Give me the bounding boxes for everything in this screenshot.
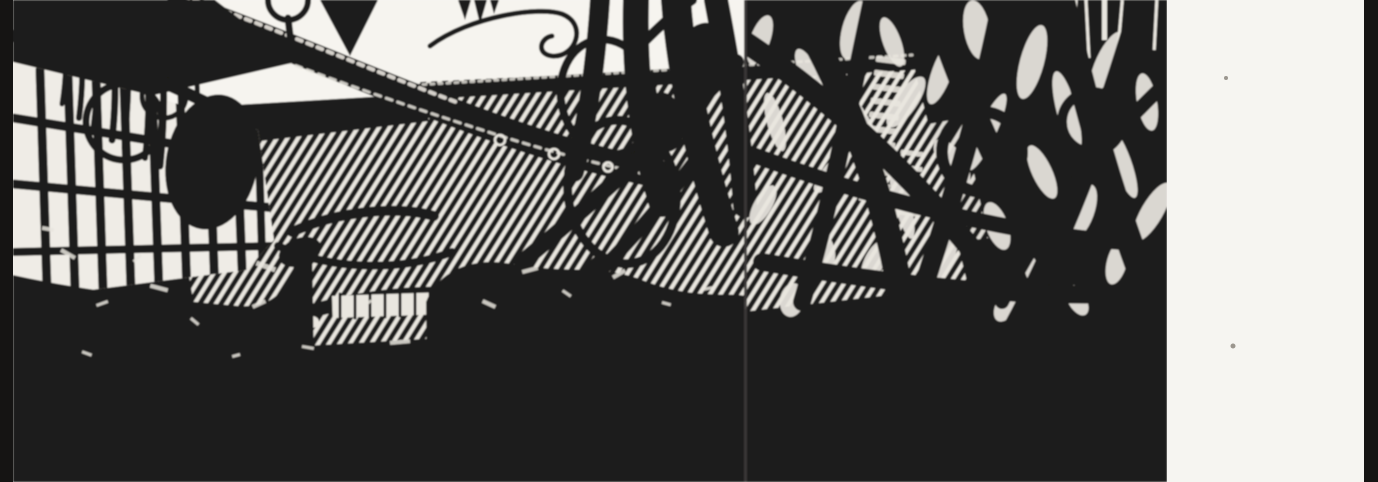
page-edge-bar	[1364, 0, 1378, 482]
manga-page: Black-and-white manga panel: tiled templ…	[0, 0, 1378, 482]
panel-left-border	[0, 0, 13, 482]
finial-pole	[288, 18, 292, 52]
dust-speck	[1231, 344, 1236, 349]
panel-artwork: Black-and-white manga panel: tiled templ…	[0, 0, 1378, 482]
panel-gutter-line	[744, 0, 747, 482]
panel	[13, 0, 1178, 482]
foreground-floor	[13, 356, 1167, 482]
dust-speck	[1224, 76, 1228, 80]
